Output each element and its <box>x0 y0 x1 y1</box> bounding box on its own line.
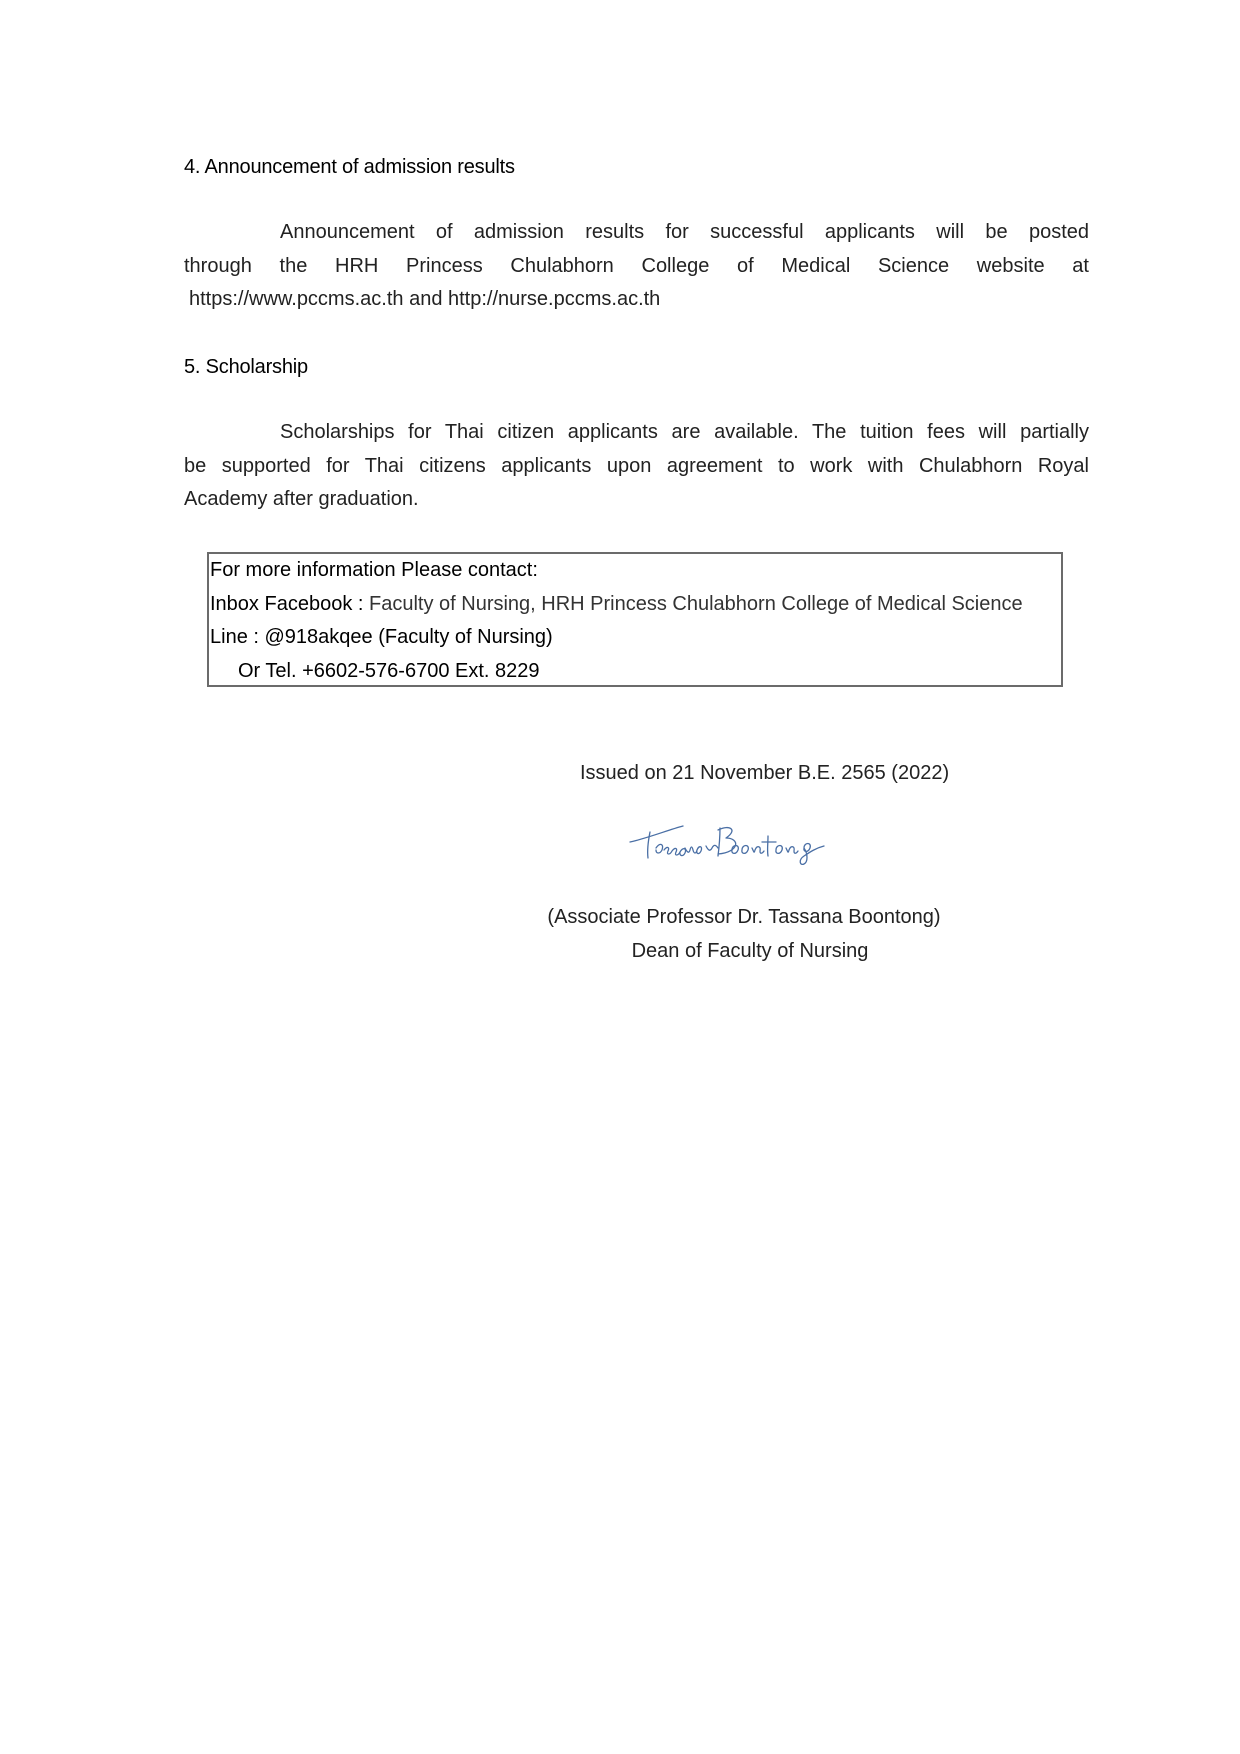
line-value: @918akqee (Faculty of Nursing) <box>265 626 553 648</box>
signer-name: (Associate Professor Dr. Tassana Boonton… <box>528 900 960 934</box>
section-4-paragraph: Announcement of admission results for su… <box>184 216 1089 317</box>
signature-image <box>628 820 838 870</box>
paragraph-line: Scholarships for Thai citizen applicants… <box>184 416 1089 450</box>
paragraph-line: Academy after graduation. <box>184 483 1089 517</box>
contact-title: For more information Please contact: <box>209 554 1061 588</box>
paragraph-line: Announcement of admission results for su… <box>184 216 1089 250</box>
website-links[interactable]: https://www.pccms.ac.th and http://nurse… <box>184 283 1089 317</box>
issued-date: Issued on 21 November B.E. 2565 (2022) <box>580 762 949 785</box>
document-page: 4. Announcement of admission results Ann… <box>0 0 1240 1754</box>
contact-line: Line : @918akqee (Faculty of Nursing) <box>209 621 1061 655</box>
signer-title: Dean of Faculty of Nursing <box>540 934 960 968</box>
paragraph-line: through the HRH Princess Chulabhorn Coll… <box>184 250 1089 284</box>
contact-info-box: For more information Please contact: Inb… <box>207 552 1063 687</box>
section-5-heading: 5. Scholarship <box>184 356 308 379</box>
facebook-value: Faculty of Nursing, HRH Princess Chulabh… <box>369 593 1023 615</box>
line-label: Line : <box>210 626 259 648</box>
contact-tel: Or Tel. +6602-576-6700 Ext. 8229 <box>209 655 1061 689</box>
contact-facebook: Inbox Facebook : Faculty of Nursing, HRH… <box>209 588 1061 622</box>
section-5-paragraph: Scholarships for Thai citizen applicants… <box>184 416 1089 517</box>
signer-block: (Associate Professor Dr. Tassana Boonton… <box>540 900 960 968</box>
section-4-heading: 4. Announcement of admission results <box>184 156 515 179</box>
paragraph-line: be supported for Thai citizens applicant… <box>184 450 1089 484</box>
facebook-label: Inbox Facebook : <box>210 593 363 615</box>
